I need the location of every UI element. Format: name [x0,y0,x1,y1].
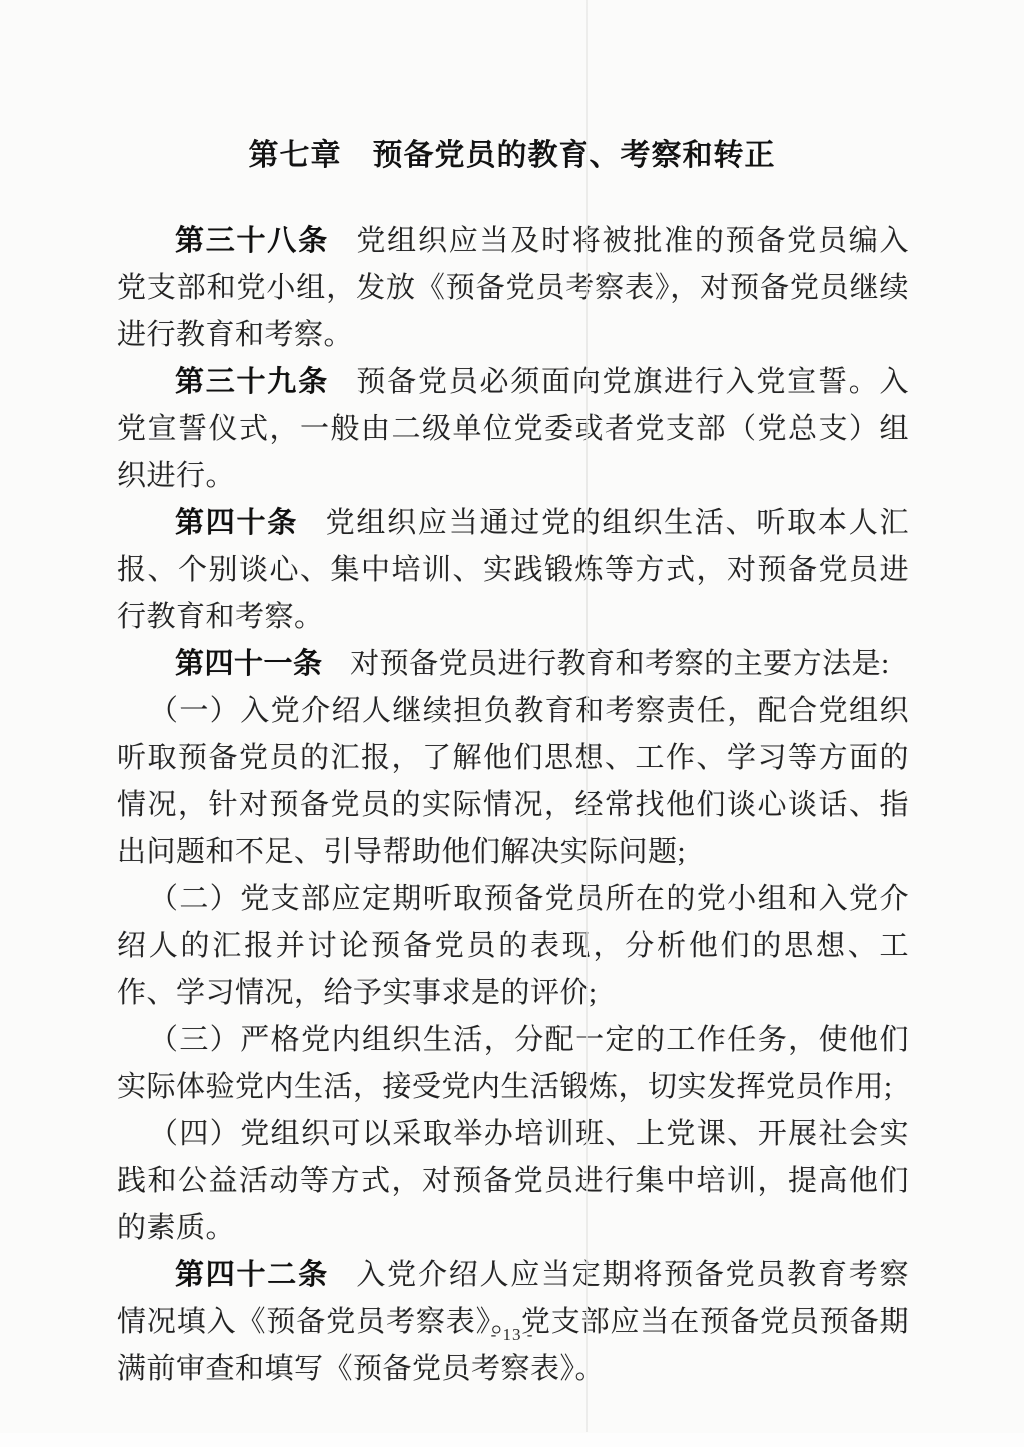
paragraph-text: 对预备党员进行教育和考察的主要方法是: [350,648,890,680]
article-number: 第四十条 [175,507,298,539]
paragraph-article-38: 第三十八条党组织应当及时将被批准的预备党员编入党支部和党小组，发放《预备党员考察… [117,218,909,359]
page-number: - 13 - [0,1325,1024,1345]
paragraph-article-41: 第四十一条对预备党员进行教育和考察的主要方法是: [117,641,909,688]
scan-edge [0,1433,1024,1447]
article-number: 第三十九条 [175,366,329,398]
chapter-title: 第七章 预备党员的教育、考察和转正 [0,0,1024,179]
paragraph-article-40: 第四十条党组织应当通过党的组织生活、听取本人汇报、个别谈心、集中培训、实践锻炼等… [117,500,909,641]
article-number: 第四十一条 [175,648,323,680]
paragraph-item-1: （一）入党介绍人继续担负教育和考察责任，配合党组织听取预备党员的汇报，了解他们思… [117,688,909,876]
paragraph-article-42: 第四十二条入党介绍人应当定期将预备党员教育考察情况填入《预备党员考察表》。党支部… [117,1252,909,1393]
paragraph-text: （四）党组织可以采取举办培训班、上党课、开展社会实践和公益活动等方式，对预备党员… [117,1118,909,1244]
paragraph-item-2: （二）党支部应定期听取预备党员所在的党小组和入党介绍人的汇报并讨论预备党员的表现… [117,876,909,1017]
article-number: 第三十八条 [175,225,329,257]
paragraph-item-3: （三）严格党内组织生活，分配一定的工作任务，使他们实际体验党内生活，接受党内生活… [117,1017,909,1111]
article-number: 第四十二条 [175,1259,329,1291]
scan-fold-line [586,0,588,1432]
document-page: 第七章 预备党员的教育、考察和转正 第三十八条党组织应当及时将被批准的预备党员编… [0,0,1024,1393]
paragraph-text: （三）严格党内组织生活，分配一定的工作任务，使他们实际体验党内生活，接受党内生活… [117,1024,909,1103]
paragraph-text: （二）党支部应定期听取预备党员所在的党小组和入党介绍人的汇报并讨论预备党员的表现… [117,883,909,1009]
document-body: 第三十八条党组织应当及时将被批准的预备党员编入党支部和党小组，发放《预备党员考察… [117,218,909,1393]
paragraph-item-4: （四）党组织可以采取举办培训班、上党课、开展社会实践和公益活动等方式，对预备党员… [117,1111,909,1252]
paragraph-article-39: 第三十九条预备党员必须面向党旗进行入党宣誓。入党宣誓仪式，一般由二级单位党委或者… [117,359,909,500]
paragraph-text: （一）入党介绍人继续担负教育和考察责任，配合党组织听取预备党员的汇报，了解他们思… [117,695,909,868]
